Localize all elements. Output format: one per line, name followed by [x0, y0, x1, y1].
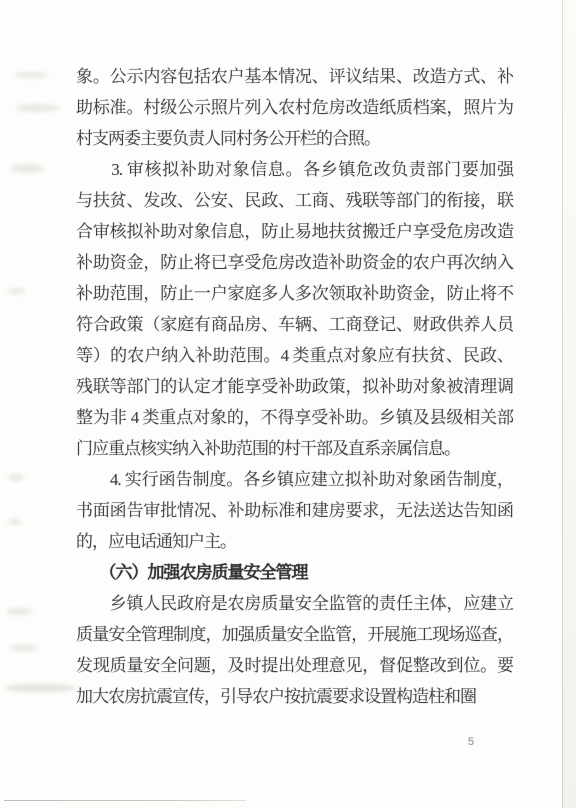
text-line: 残联等部门的认定才能享受补助政策，拟补助对象被清理调	[76, 371, 513, 402]
document-body-text: 象。公示内容包括农户基本情况、评议结果、改造方式、补 助标准。村级公示照片列入农…	[76, 61, 513, 712]
text-line: 助标准。村级公示照片列入农村危房改造纸质档案，照片为	[76, 92, 513, 123]
scan-smudge	[14, 72, 48, 78]
text-line: 的，应电话通知户主。	[76, 526, 513, 557]
scan-smudge	[6, 608, 32, 615]
scan-smudge	[8, 645, 38, 651]
text-line: 门应重点核实纳入补助范围的村干部及直系亲属信息。	[76, 433, 513, 464]
text-line: 质量安全管理制度，加强质量安全监管，开展施工现场巡查，	[76, 619, 513, 650]
page-number: 5	[464, 735, 478, 749]
scan-smudge	[4, 684, 76, 692]
text-line: 与扶贫、发改、公安、民政、工商、残联等部门的衔接，联	[76, 185, 513, 216]
scan-edge-strip	[563, 0, 576, 808]
scan-smudge	[8, 474, 24, 481]
text-line: 乡镇人民政府是农房质量安全监管的责任主体，应建立	[76, 588, 513, 619]
text-line: 符合政策（家庭有商品房、车辆、工商登记、财政供养人员	[76, 309, 513, 340]
text-line: 补助资金，防止将已享受危房改造补助资金的农户再次纳入	[76, 247, 513, 278]
document-page: 象。公示内容包括农户基本情况、评议结果、改造方式、补 助标准。村级公示照片列入农…	[0, 0, 576, 808]
text-line: 村支两委主要负责人同村务公开栏的合照。	[76, 123, 513, 154]
text-line: 整为非 4 类重点对象的，不得享受补助。乡镇及县级相关部	[76, 402, 513, 433]
scan-smudge	[16, 104, 60, 112]
scan-smudge	[8, 519, 22, 525]
text-line-paragraph-3-start: 3. 审核拟补助对象信息。各乡镇危改负责部门要加强	[76, 154, 513, 185]
text-line: 合审核拟补助对象信息，防止易地扶贫搬迁户享受危房改造	[76, 216, 513, 247]
scan-smudge	[10, 164, 44, 173]
section-heading-6: （六）加强农房质量安全管理	[76, 557, 513, 588]
scan-paper-edge-bottom-line	[4, 800, 246, 801]
scan-paper-edge-vertical-line	[562, 0, 563, 808]
text-line: 等）的农户纳入补助范围。4 类重点对象应有扶贫、民政、	[76, 340, 513, 371]
text-line: 加大农房抗震宣传，引导农户按抗震要求设置构造柱和圈	[76, 681, 513, 712]
text-line-paragraph-4-start: 4. 实行函告制度。各乡镇应建立拟补助对象函告制度，	[76, 464, 513, 495]
text-line: 发现质量安全问题，及时提出处理意见，督促整改到位。要	[76, 650, 513, 681]
scan-smudge	[8, 288, 26, 294]
text-line: 象。公示内容包括农户基本情况、评议结果、改造方式、补	[76, 61, 513, 92]
text-line: 书面函告审批情况、补助标准和建房要求，无法送达告知函	[76, 495, 513, 526]
text-line: 补助范围，防止一户家庭多人多次领取补助资金，防止将不	[76, 278, 513, 309]
